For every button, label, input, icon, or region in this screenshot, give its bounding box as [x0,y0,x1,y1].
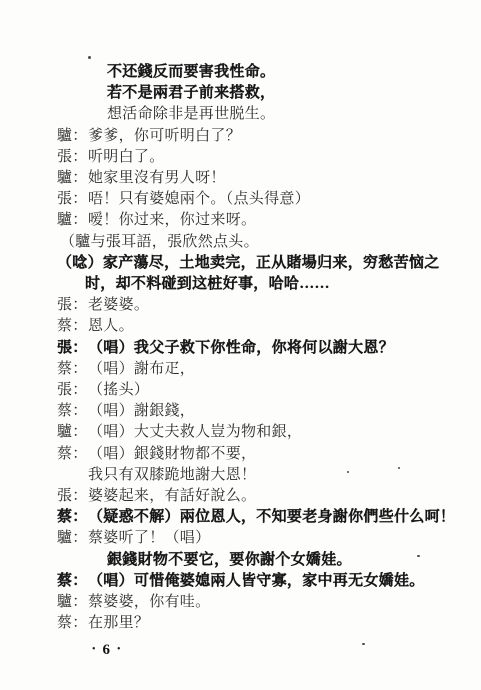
speaker-label: 張： [57,189,88,210]
page-number-value: 6 [103,641,111,659]
line-text: 不还錢反而要害我性命。 [107,62,275,83]
ink-speck [362,643,365,645]
line-text: 銀錢財物不要它，要你謝个女嬌娃。 [107,550,352,571]
script-line: （唸）家产蕩尽，土地卖完，正从賭場归来，穷愁苦恼之 [57,253,467,274]
script-line: 張：：（唱）我父子救下你性命，你将何以謝大恩？ [57,338,467,359]
speaker-label: 蔡： [57,571,88,592]
script-line: 想活命除非是再世脱生。 [57,104,467,125]
page-number-dot-right: • [117,641,121,659]
script-line: 蔡：：在那里？ [57,613,467,634]
speaker-label: 驢： [57,422,88,443]
speaker-label: 驢： [57,210,88,231]
line-text: 嗳！你过来，你过来呀。 [88,210,256,231]
line-text: 想活命除非是再世脱生。 [107,104,275,125]
speaker-label: 張： [57,380,88,401]
line-text: 在那里？ [88,613,149,634]
script-line: 銀錢財物不要它，要你謝个女嬌娃。 [57,550,467,571]
script-line: 驢：：蔡婆听了！（唱） [57,528,467,549]
script-line: 若不是兩君子前来搭救， [57,83,467,104]
page-number-dot-left: • [92,641,96,659]
script-line: 蔡：：（唱）謝銀錢， [57,401,467,422]
script-line: 蔡：：（唱）可惜俺婆媳兩人皆守寡，家中再无女嬌娃。 [57,571,467,592]
script-line: 驢：：爹爹，你可听明白了？ [57,126,467,147]
speaker-label: 蔡： [57,316,88,337]
speaker-label: 張： [57,295,88,316]
line-text: 听明白了。 [88,147,165,168]
line-text: 唔！只有婆媳兩个。（点头得意） [88,189,310,210]
line-text: （唱）我父子救下你性命，你将何以謝大恩？ [88,338,394,359]
line-text: （唸）家产蕩尽，土地卖完，正从賭場归来，穷愁苦恼之 [57,253,440,274]
script-line: 驢：：她家里沒有男人呀！ [57,168,467,189]
script-line: 張：：婆婆起来，有話好說么。 [57,486,467,507]
line-text: 蔡婆听了！（唱） [88,528,210,549]
script-line: 蔡：：恩人。 [57,316,467,337]
speaker-label: 驢： [57,592,88,613]
script-line: 張：：唔！只有婆媳兩个。（点头得意） [57,189,467,210]
speaker-label: 蔡： [57,359,88,380]
line-text: 我只有双膝跪地謝大恩！ [88,465,256,486]
page-number: • 6 • [57,641,467,659]
script-line: 張：：老婆婆。 [57,295,467,316]
script-line: 驢：：蔡婆婆，你有哇。 [57,592,467,613]
line-text: （疑惑不解）兩位恩人，不知要老身謝你們些什么呵！ [88,507,455,528]
line-text: （唱）謝布疋， [88,359,195,380]
speaker-label: 驢： [57,528,88,549]
script-line: 不还錢反而要害我性命。 [57,62,467,83]
script-line: 时，却不料碰到这桩好事，哈哈…… [57,274,467,295]
speaker-label: 張： [57,486,88,507]
speaker-label: 蔡： [57,401,88,422]
line-text: 若不是兩君子前来搭救， [107,83,275,104]
speaker-label: 蔡： [57,613,88,634]
script-line: 驢：：嗳！你过来，你过来呀。 [57,210,467,231]
speaker-label: 張： [57,338,88,359]
ink-speck [417,555,420,557]
line-text: （搖头） [88,380,149,401]
line-text: 恩人。 [88,316,134,337]
script-line: 驢：：（唱）大丈夫救人豈为物和銀， [57,422,467,443]
script-line: 蔡：：（唱）謝布疋， [57,359,467,380]
script-line: 蔡：：（唱）銀錢財物都不要， [57,444,467,465]
speaker-label: 驢： [57,168,88,189]
ink-speck [347,471,349,473]
script-line: 張：：（搖头） [57,380,467,401]
speaker-label: 蔡： [57,444,88,465]
speaker-label: 驢： [57,126,88,147]
line-text: （驢与張耳語，張欣然点头。 [60,232,259,253]
line-text: 蔡婆婆，你有哇。 [88,592,210,613]
speaker-label: 張： [57,147,88,168]
line-text: 婆婆起来，有話好說么。 [88,486,256,507]
scanned-script-page: 不还錢反而要害我性命。若不是兩君子前来搭救，想活命除非是再世脱生。驢：：爹爹，你… [0,0,481,690]
script-line: 蔡：：（疑惑不解）兩位恩人，不知要老身謝你們些什么呵！ [57,507,467,528]
line-text: （唱）大丈夫救人豈为物和銀， [88,422,302,443]
ink-speck [398,467,400,469]
line-text: （唱）謝銀錢， [88,401,195,422]
ink-speck [88,56,91,59]
line-text: 时，却不料碰到这桩好事，哈哈…… [85,274,330,295]
script-line: （驢与張耳語，張欣然点头。 [57,232,467,253]
script-line: 張：：听明白了。 [57,147,467,168]
line-text: （唱）可惜俺婆媳兩人皆守寡，家中再无女嬌娃。 [88,571,425,592]
speaker-label: 蔡： [57,507,88,528]
line-text: 她家里沒有男人呀！ [88,168,226,189]
script-line: 我只有双膝跪地謝大恩！ [57,465,467,486]
line-text: 爹爹，你可听明白了？ [88,126,241,147]
line-text: （唱）銀錢財物都不要， [88,444,256,465]
line-text: 老婆婆。 [88,295,149,316]
script-body: 不还錢反而要害我性命。若不是兩君子前来搭救，想活命除非是再世脱生。驢：：爹爹，你… [57,62,467,634]
